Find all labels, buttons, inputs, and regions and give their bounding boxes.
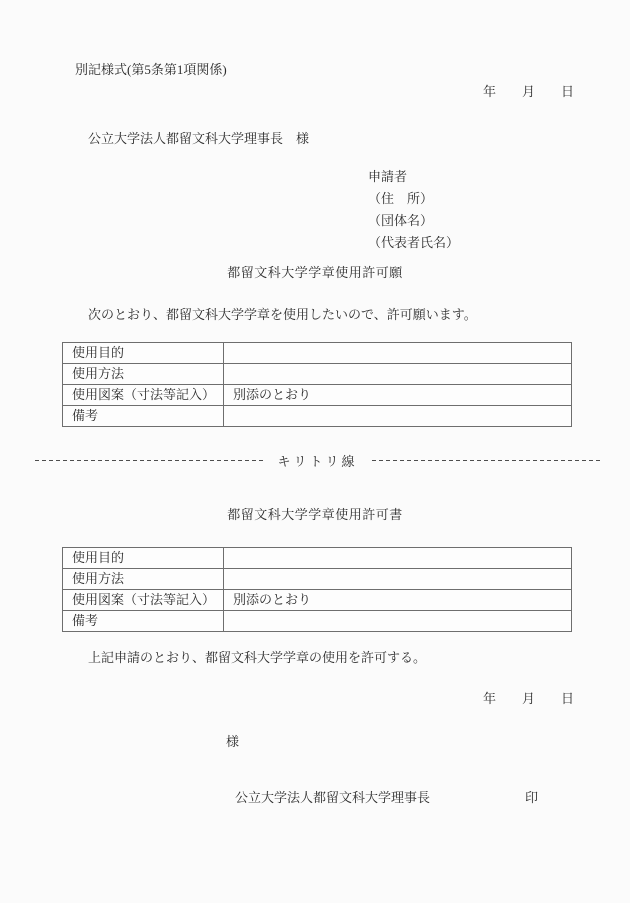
row-value-remarks bbox=[224, 611, 572, 632]
addressee-line: 公立大学法人都留文科大学理事長 様 bbox=[88, 131, 309, 147]
row-value-method bbox=[224, 569, 572, 590]
table-row: 使用図案（寸法等記入） 別添のとおり bbox=[63, 590, 572, 611]
cut-line-dash-left bbox=[35, 460, 264, 461]
applicant-block: 申請者 （住 所） （団体名） （代表者氏名） bbox=[368, 166, 459, 254]
applicant-field-organization: （団体名） bbox=[368, 210, 459, 232]
row-label-purpose: 使用目的 bbox=[63, 343, 224, 364]
row-value-purpose bbox=[224, 548, 572, 569]
form-number: 別記様式(第5条第1項関係) bbox=[75, 62, 227, 78]
applicant-field-address: （住 所） bbox=[368, 188, 459, 210]
issuer-line: 公立大学法人都留文科大学理事長 bbox=[235, 790, 430, 806]
row-value-method bbox=[224, 364, 572, 385]
permit-date-line: 年 月 日 bbox=[483, 691, 574, 707]
permit-table: 使用目的 使用方法 使用図案（寸法等記入） 別添のとおり 備考 bbox=[62, 547, 572, 632]
table-row: 備考 bbox=[63, 406, 572, 427]
row-label-method: 使用方法 bbox=[63, 569, 224, 590]
cut-line-label: キリトリ線 bbox=[264, 451, 372, 470]
row-label-design: 使用図案（寸法等記入） bbox=[63, 385, 224, 406]
row-value-design: 別添のとおり bbox=[224, 590, 572, 611]
table-row: 使用図案（寸法等記入） 別添のとおり bbox=[63, 385, 572, 406]
row-label-design: 使用図案（寸法等記入） bbox=[63, 590, 224, 611]
cut-line: キリトリ線 bbox=[35, 452, 600, 468]
row-label-method: 使用方法 bbox=[63, 364, 224, 385]
applicant-label: 申請者 bbox=[368, 166, 459, 188]
row-label-remarks: 備考 bbox=[63, 611, 224, 632]
table-row: 備考 bbox=[63, 611, 572, 632]
table-row: 使用目的 bbox=[63, 548, 572, 569]
table-row: 使用方法 bbox=[63, 364, 572, 385]
row-value-remarks bbox=[224, 406, 572, 427]
permit-body-text: 上記申請のとおり、都留文科大学学章の使用を許可する。 bbox=[88, 650, 426, 666]
grantee-suffix: 様 bbox=[226, 734, 239, 750]
cut-line-dash-right bbox=[372, 460, 601, 461]
application-date-line: 年 月 日 bbox=[483, 84, 574, 100]
table-row: 使用方法 bbox=[63, 569, 572, 590]
row-value-purpose bbox=[224, 343, 572, 364]
row-label-remarks: 備考 bbox=[63, 406, 224, 427]
table-row: 使用目的 bbox=[63, 343, 572, 364]
row-label-purpose: 使用目的 bbox=[63, 548, 224, 569]
permit-title: 都留文科大学学章使用許可書 bbox=[0, 507, 630, 523]
row-value-design: 別添のとおり bbox=[224, 385, 572, 406]
application-table: 使用目的 使用方法 使用図案（寸法等記入） 別添のとおり 備考 bbox=[62, 342, 572, 427]
seal-placeholder: 印 bbox=[525, 790, 538, 806]
application-body-text: 次のとおり、都留文科大学学章を使用したいので、許可願います。 bbox=[88, 307, 477, 323]
application-title: 都留文科大学学章使用許可願 bbox=[0, 265, 630, 281]
document-page: 別記様式(第5条第1項関係) 年 月 日 公立大学法人都留文科大学理事長 様 申… bbox=[0, 0, 630, 903]
applicant-field-representative: （代表者氏名） bbox=[368, 232, 459, 254]
